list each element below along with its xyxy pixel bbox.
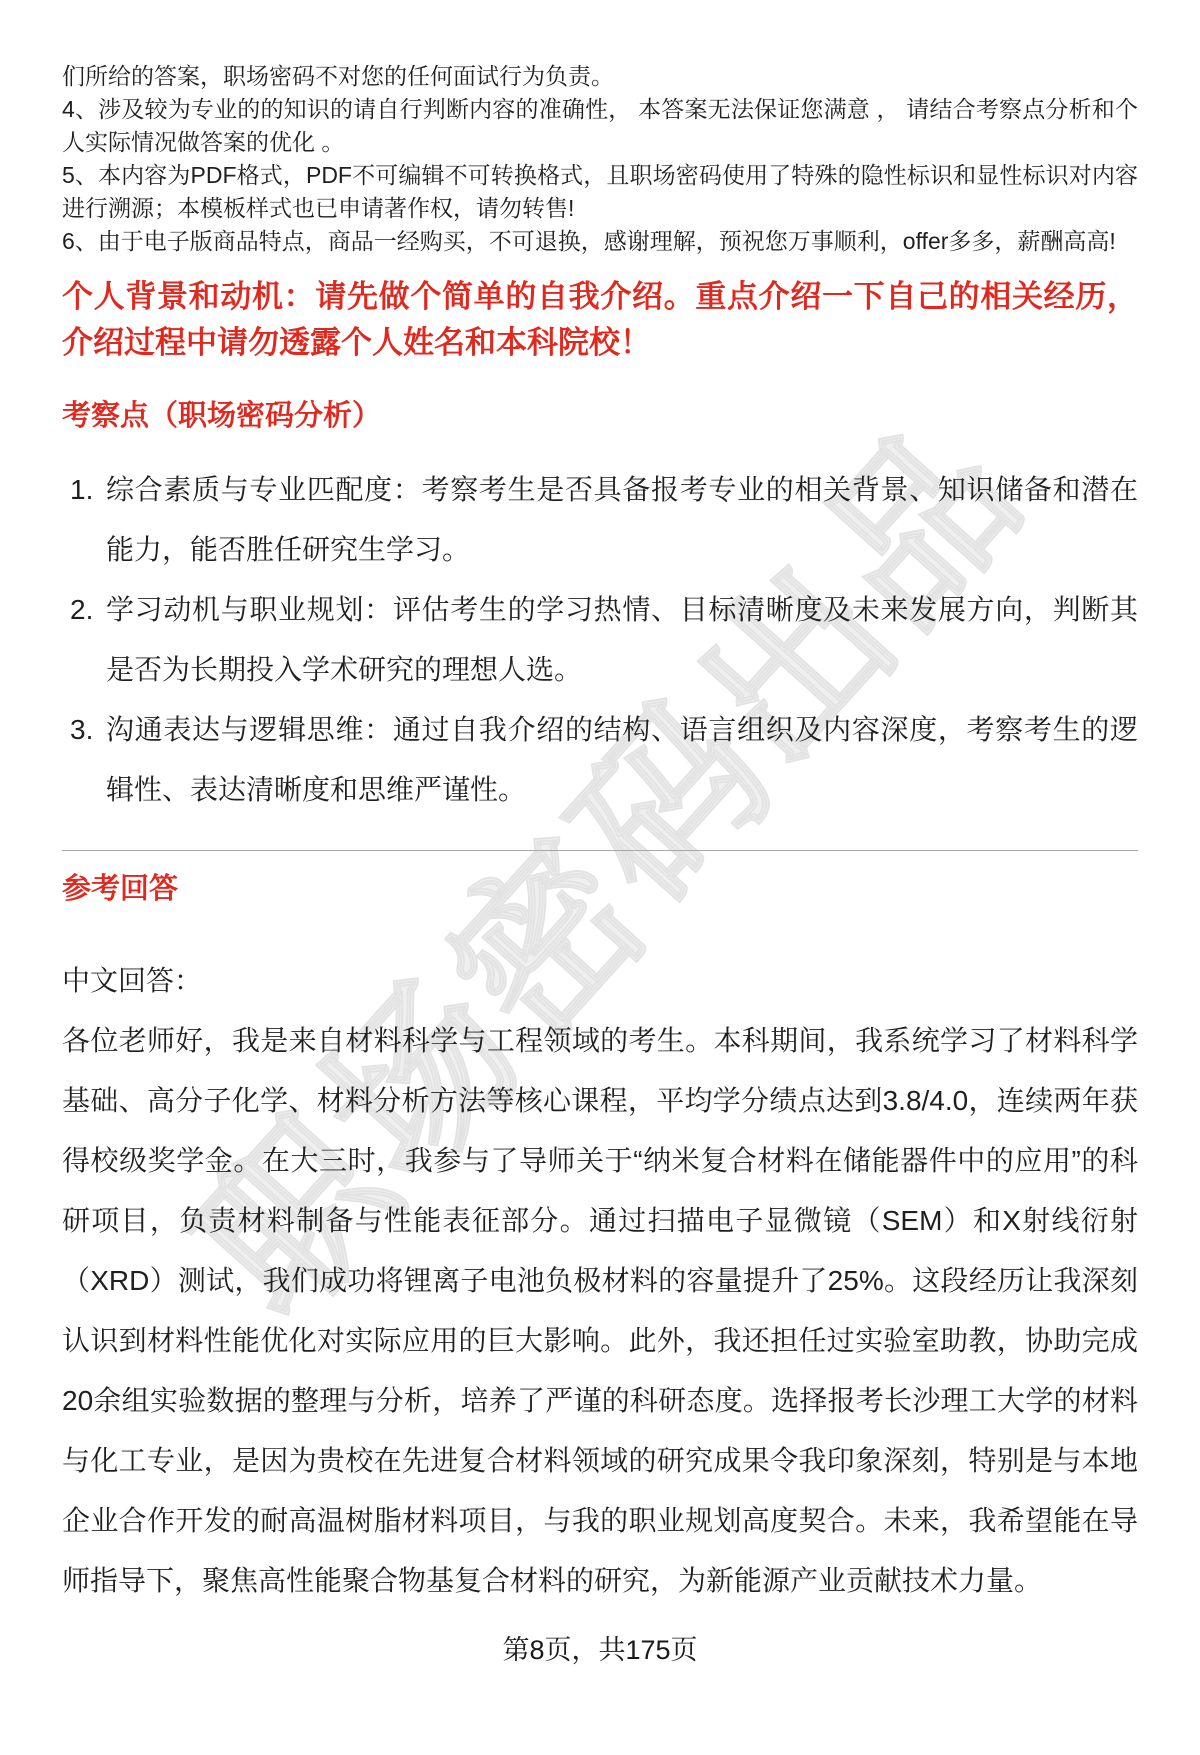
pdf-page: 职场密码出品 们所给的答案，职场密码不对您的任何面试行为负责。 4、涉及较为专业… [0,0,1200,1755]
section-divider [62,850,1138,851]
point-number: 1. [62,460,106,520]
answer-body-text: 各位老师好，我是来自材料科学与工程领域的考生。本科期间，我系统学习了材料科学基础… [62,1011,1138,1611]
disclaimer-line: 6、由于电子版商品特点，商品一经购买，不可退换，感谢理解，预祝您万事顺利，off… [62,225,1138,258]
analysis-point: 1. 综合素质与专业匹配度：考察考生是否具备报考专业的相关背景、知识储备和潜在能… [62,460,1138,580]
answer-heading: 参考回答 [62,869,1138,909]
point-number: 3. [62,700,106,760]
point-number: 2. [62,580,106,640]
answer-language-label: 中文回答： [62,951,1138,1011]
analysis-point: 3. 沟通表达与逻辑思维：通过自我介绍的结构、语言组织及内容深度，考察考生的逻辑… [62,700,1138,820]
analysis-points-list: 1. 综合素质与专业匹配度：考察考生是否具备报考专业的相关背景、知识储备和潜在能… [62,460,1138,820]
analysis-point: 2. 学习动机与职业规划：评估考生的学习热情、目标清晰度及未来发展方向，判断其是… [62,580,1138,700]
question-heading: 个人背景和动机：请先做个简单的自我介绍。重点介绍一下自己的相关经历，介绍过程中请… [62,274,1138,366]
point-text: 综合素质与专业匹配度：考察考生是否具备报考专业的相关背景、知识储备和潜在能力，能… [106,460,1138,580]
page-number: 第8页，共175页 [0,1631,1200,1669]
page-content: 们所给的答案，职场密码不对您的任何面试行为负责。 4、涉及较为专业的的知识的请自… [0,0,1200,1611]
disclaimer-section: 们所给的答案，职场密码不对您的任何面试行为负责。 4、涉及较为专业的的知识的请自… [62,60,1138,258]
point-text: 学习动机与职业规划：评估考生的学习热情、目标清晰度及未来发展方向，判断其是否为长… [106,580,1138,700]
disclaimer-line: 们所给的答案，职场密码不对您的任何面试行为负责。 [62,60,1138,93]
disclaimer-line: 5、本内容为PDF格式，PDF不可编辑不可转换格式，且职场密码使用了特殊的隐性标… [62,159,1138,225]
disclaimer-line: 4、涉及较为专业的的知识的请自行判断内容的准确性， 本答案无法保证您满意 ， 请… [62,93,1138,159]
analysis-heading: 考察点（职场密码分析） [62,396,1138,436]
point-text: 沟通表达与逻辑思维：通过自我介绍的结构、语言组织及内容深度，考察考生的逻辑性、表… [106,700,1138,820]
